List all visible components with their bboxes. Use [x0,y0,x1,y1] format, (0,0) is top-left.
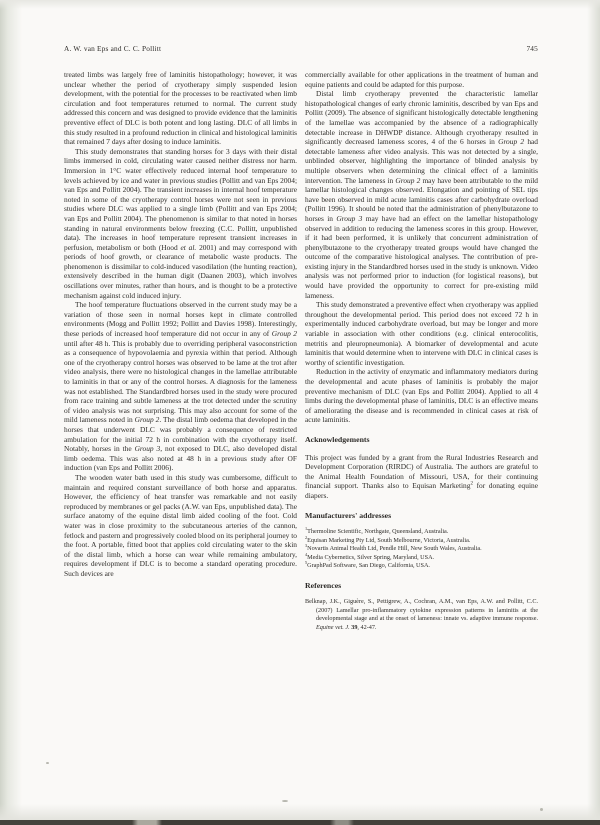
paragraph: commercially available for other applica… [305,70,538,89]
paragraph: 1Thermoline Scientific, Northgate, Queen… [305,528,538,537]
paragraph: Distal limb cryotherapy prevented the ch… [305,89,538,300]
page-edge-right-shading [587,0,600,825]
paper-speck [282,800,288,802]
paragraph: The wooden water bath used in this study… [64,473,297,579]
paragraph: The hoof temperature fluctuations observ… [64,300,297,473]
paper-speck [540,808,543,811]
page-edge-left-shading [0,0,22,825]
paragraph: 3Novartis Animal Health Ltd, Pendle Hill… [305,545,538,554]
paragraph: Reduction in the activity of enzymatic a… [305,367,538,425]
section-heading: Acknowledgements [305,435,538,445]
paragraph: This study demonstrates that standing ho… [64,147,297,301]
right-column: commercially available for other applica… [305,70,538,632]
section-heading: Manufacturers' addresses [305,511,538,521]
paper-speck [46,762,49,764]
paragraph: Belknap, J.K., Giguère, S., Pettigrew, A… [305,598,538,632]
left-column: treated limbs was largely free of lamini… [64,70,297,578]
paragraph: 4Media Cybernetics, Silver Spring, Maryl… [305,554,538,563]
running-head: A. W. van Eps and C. C. Pollitt 745 [64,44,538,53]
page-edge-top-shading [0,0,600,9]
scan-bottom-edge [0,820,600,825]
page-edge-bottom-shading [0,804,600,820]
running-head-authors: A. W. van Eps and C. C. Pollitt [64,44,161,53]
paragraph: 2Equisan Marketing Pty Ltd, South Melbou… [305,537,538,546]
paragraph: This project was funded by a grant from … [305,453,538,501]
paragraph: 5GraphPad Software, San Diego, Californi… [305,562,538,571]
section-heading: References [305,581,538,591]
page-number: 745 [526,44,538,53]
paragraph: treated limbs was largely free of lamini… [64,70,297,147]
scanned-paper-page: A. W. van Eps and C. C. Pollitt 745 trea… [0,0,600,825]
paragraph: This study demonstrated a preventive eff… [305,300,538,367]
